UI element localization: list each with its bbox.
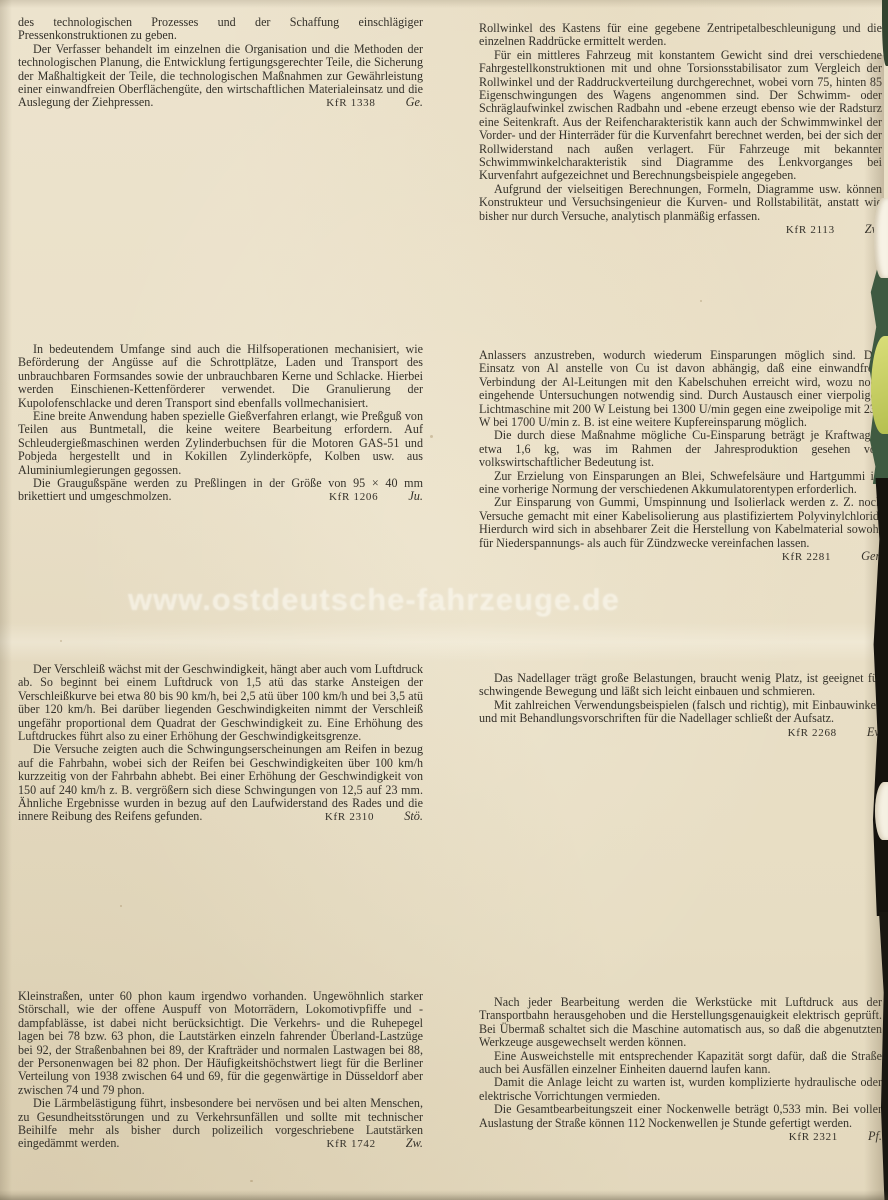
abstract-block: Anlassers anzustreben, wodurch wiederum … (479, 349, 882, 565)
abstract-block: des technologischen Prozesses und der Sc… (18, 16, 423, 111)
abstract-block: Der Verschleiß wächst mit der Geschwindi… (18, 663, 423, 825)
abstract-paragraph: des technologischen Prozesses und der Sc… (18, 16, 423, 43)
paper-speck (430, 435, 433, 438)
abstract-ref-number: KfR 2113 (786, 224, 835, 236)
abstract-block: In bedeutendem Umfange sind auch die Hil… (18, 343, 423, 505)
abstract-referee-initials: Ju. (408, 489, 423, 503)
abstract-paragraph: Die Graugußspäne werden zu Preßlingen in… (18, 477, 423, 504)
abstract-referee-initials: Ge. (406, 95, 423, 109)
abstract-ref-number: KfR 1742 (327, 1138, 376, 1150)
scanned-page-paper: des technologischen Prozesses und der Sc… (0, 0, 888, 1200)
paper-speck (120, 905, 122, 907)
abstract-paragraph: Aufgrund der vielseitigen Berechnungen, … (479, 183, 882, 223)
abstract-block: Nach jeder Bearbeitung werden die Werkst… (479, 996, 882, 1144)
abstract-block: Rollwinkel des Kastens für eine gegebene… (479, 22, 882, 238)
abstract-paragraph: Die Lärmbelästigung führt, insbesondere … (18, 1097, 423, 1151)
abstract-paragraph: Anlassers anzustreben, wodurch wiederum … (479, 349, 882, 429)
abstract-paragraph: Das Nadellager trägt große Belastungen, … (479, 672, 882, 699)
abstract-signature: KfR 1742Zw. (312, 1137, 424, 1151)
abstract-paragraph: Eine Ausweichstelle mit entsprechender K… (479, 1050, 882, 1077)
abstract-paragraph: Rollwinkel des Kastens für eine gegebene… (479, 22, 882, 49)
abstract-paragraph: Damit die Anlage leicht zu warten ist, w… (479, 1076, 882, 1103)
abstract-ref-number: KfR 2310 (325, 811, 374, 823)
paper-speck (60, 640, 62, 642)
abstract-paragraph: Zur Erzielung von Einsparungen an Blei, … (479, 470, 882, 497)
abstract-referee-initials: Zw. (406, 1136, 423, 1150)
paper-speck (815, 1105, 818, 1108)
abstract-ref-number: KfR 1338 (326, 97, 375, 109)
abstract-paragraph: Für ein mittleres Fahrzeug mit konstante… (479, 49, 882, 183)
abstract-ref-number: KfR 1206 (329, 491, 378, 503)
page-bottom-shadow (0, 1190, 888, 1200)
abstract-paragraph: Der Verschleiß wächst mit der Geschwindi… (18, 663, 423, 743)
abstract-signature: KfR 1338Ge. (311, 96, 423, 110)
page-top-shadow (0, 0, 888, 8)
abstract-ref-number: KfR 2281 (782, 551, 831, 563)
abstract-paragraph: Zur Einsparung von Gummi, Umspinnung und… (479, 496, 882, 550)
abstract-block: Das Nadellager trägt große Belastungen, … (479, 672, 882, 740)
abstract-paragraph: Mit zahlreichen Verwendungsbeispielen (f… (479, 699, 882, 726)
abstract-paragraph: Kleinstraßen, unter 60 phon kaum irgendw… (18, 990, 423, 1097)
page-left-shadow (0, 0, 12, 1200)
abstract-paragraph: Die durch diese Maßnahme mögliche Cu-Ein… (479, 429, 882, 469)
paper-tear-patch (874, 198, 888, 278)
abstract-paragraph: In bedeutendem Umfange sind auch die Hil… (18, 343, 423, 410)
abstract-paragraph: Eine breite Anwendung haben spezielle Gi… (18, 410, 423, 477)
abstract-paragraph: Der Verfasser behandelt im einzelnen die… (18, 43, 423, 110)
abstract-referee-initials: Stö. (404, 809, 423, 823)
abstract-paragraph: Nach jeder Bearbeitung werden die Werkst… (479, 996, 882, 1050)
abstract-paragraph: Die Gesamtbearbeitungszeit einer Nockenw… (479, 1103, 882, 1130)
paper-speck (700, 300, 702, 302)
abstract-signature: KfR 2310Stö. (310, 810, 423, 824)
abstract-ref-number: KfR 2321 (789, 1131, 838, 1143)
scan-light-band (0, 622, 888, 662)
site-watermark: www.ostdeutsche-fahrzeuge.de (128, 582, 768, 618)
paper-tear-patch (875, 782, 888, 840)
abstract-ref-number: KfR 2268 (788, 727, 837, 739)
abstract-signature: KfR 1206Ju. (314, 490, 423, 504)
scan-edge-sliver (882, 0, 888, 66)
paper-speck (250, 1180, 253, 1182)
abstract-paragraph: Die Versuche zeigten auch die Schwingung… (18, 743, 423, 823)
abstract-block: Kleinstraßen, unter 60 phon kaum irgendw… (18, 990, 423, 1152)
